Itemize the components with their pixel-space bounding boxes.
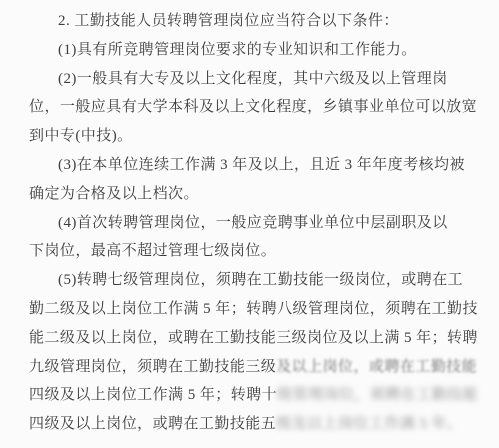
text-line: 四级及以上岗位，或聘在工勤技能五级及以上岗位工作满 5 年。: [29, 410, 473, 439]
text-segment: (5)转聘七级管理岗位，须聘在工勤技能一级岗位，或聘在工: [58, 272, 463, 288]
text-line: 四级及以上岗位工作满 5 年；转聘十级管理岗位，须聘在工勤技能: [29, 381, 473, 410]
document-page: 2. 工勤技能人员转聘管理岗位应当符合以下条件：(1)具有所竞聘管理岗位要求的专…: [0, 0, 499, 448]
text-segment-blurred: 级及以上岗位工作满 5 年。: [276, 416, 462, 432]
text-segment: 2. 工勤技能人员转聘管理岗位应当符合以下条件：: [58, 13, 399, 29]
text-segment: 确定为合格及以上档次。: [29, 186, 199, 202]
text-segment: (1)具有所竞聘管理岗位要求的专业知识和工作能力。: [58, 42, 417, 58]
text-segment: 能二级及以上岗位，或聘在工勤技能三级岗位及以上满 5 年；转聘: [29, 330, 478, 346]
text-line: (1)具有所竞聘管理岗位要求的专业知识和工作能力。: [29, 36, 473, 65]
text-line: 九级管理岗位，须聘在工勤技能三级及以上岗位，或聘在工勤技能: [29, 353, 473, 382]
text-segment: 到中专(中技)。: [29, 128, 133, 144]
text-segment: 勤二级及以上岗位工作满 5 年；转聘八级管理岗位，须聘在工勤技: [29, 301, 478, 317]
text-segment: (4)首次转聘管理岗位，一般应竞聘事业单位中层副职及以: [58, 215, 448, 231]
text-segment: 位，一般应具有大学本科及以上文化程度，乡镇事业单位可以放宽: [29, 99, 477, 115]
text-line: (3)在本单位连续工作满 3 年及以上，且近 3 年年度考核均被: [29, 151, 473, 180]
document-body: 2. 工勤技能人员转聘管理岗位应当符合以下条件：(1)具有所竞聘管理岗位要求的专…: [29, 7, 473, 439]
text-line: (4)首次转聘管理岗位，一般应竞聘事业单位中层副职及以: [29, 209, 473, 238]
text-segment: 四级及以上岗位工作满 5 年；转聘十: [29, 387, 277, 403]
text-line: 位，一般应具有大学本科及以上文化程度，乡镇事业单位可以放宽: [29, 93, 473, 122]
text-segment-blurred: 级管理岗位，须聘在工勤技能: [277, 387, 478, 403]
text-line: 2. 工勤技能人员转聘管理岗位应当符合以下条件：: [29, 7, 473, 36]
text-segment: (3)在本单位连续工作满 3 年及以上，且近 3 年年度考核均被: [58, 157, 465, 173]
text-line: 确定为合格及以上档次。: [29, 180, 473, 209]
text-line: 到中专(中技)。: [29, 122, 473, 151]
text-segment: 九级管理岗位，须聘在工勤技能三级: [29, 359, 276, 375]
text-segment: (2)一般具有大专及以上文化程度，其中六级及以上管理岗: [58, 71, 448, 87]
text-line: 下岗位，最高不超过管理七级岗位。: [29, 237, 473, 266]
text-segment-blurred: 及以上岗位，或聘在工勤技能: [276, 359, 477, 375]
text-segment: 下岗位，最高不超过管理七级岗位。: [29, 243, 276, 259]
text-line: (2)一般具有大专及以上文化程度，其中六级及以上管理岗: [29, 65, 473, 94]
text-line: (5)转聘七级管理岗位，须聘在工勤技能一级岗位，或聘在工: [29, 266, 473, 295]
text-line: 勤二级及以上岗位工作满 5 年；转聘八级管理岗位，须聘在工勤技: [29, 295, 473, 324]
text-segment: 四级及以上岗位，或聘在工勤技能五: [29, 416, 276, 432]
text-line: 能二级及以上岗位，或聘在工勤技能三级岗位及以上满 5 年；转聘: [29, 324, 473, 353]
